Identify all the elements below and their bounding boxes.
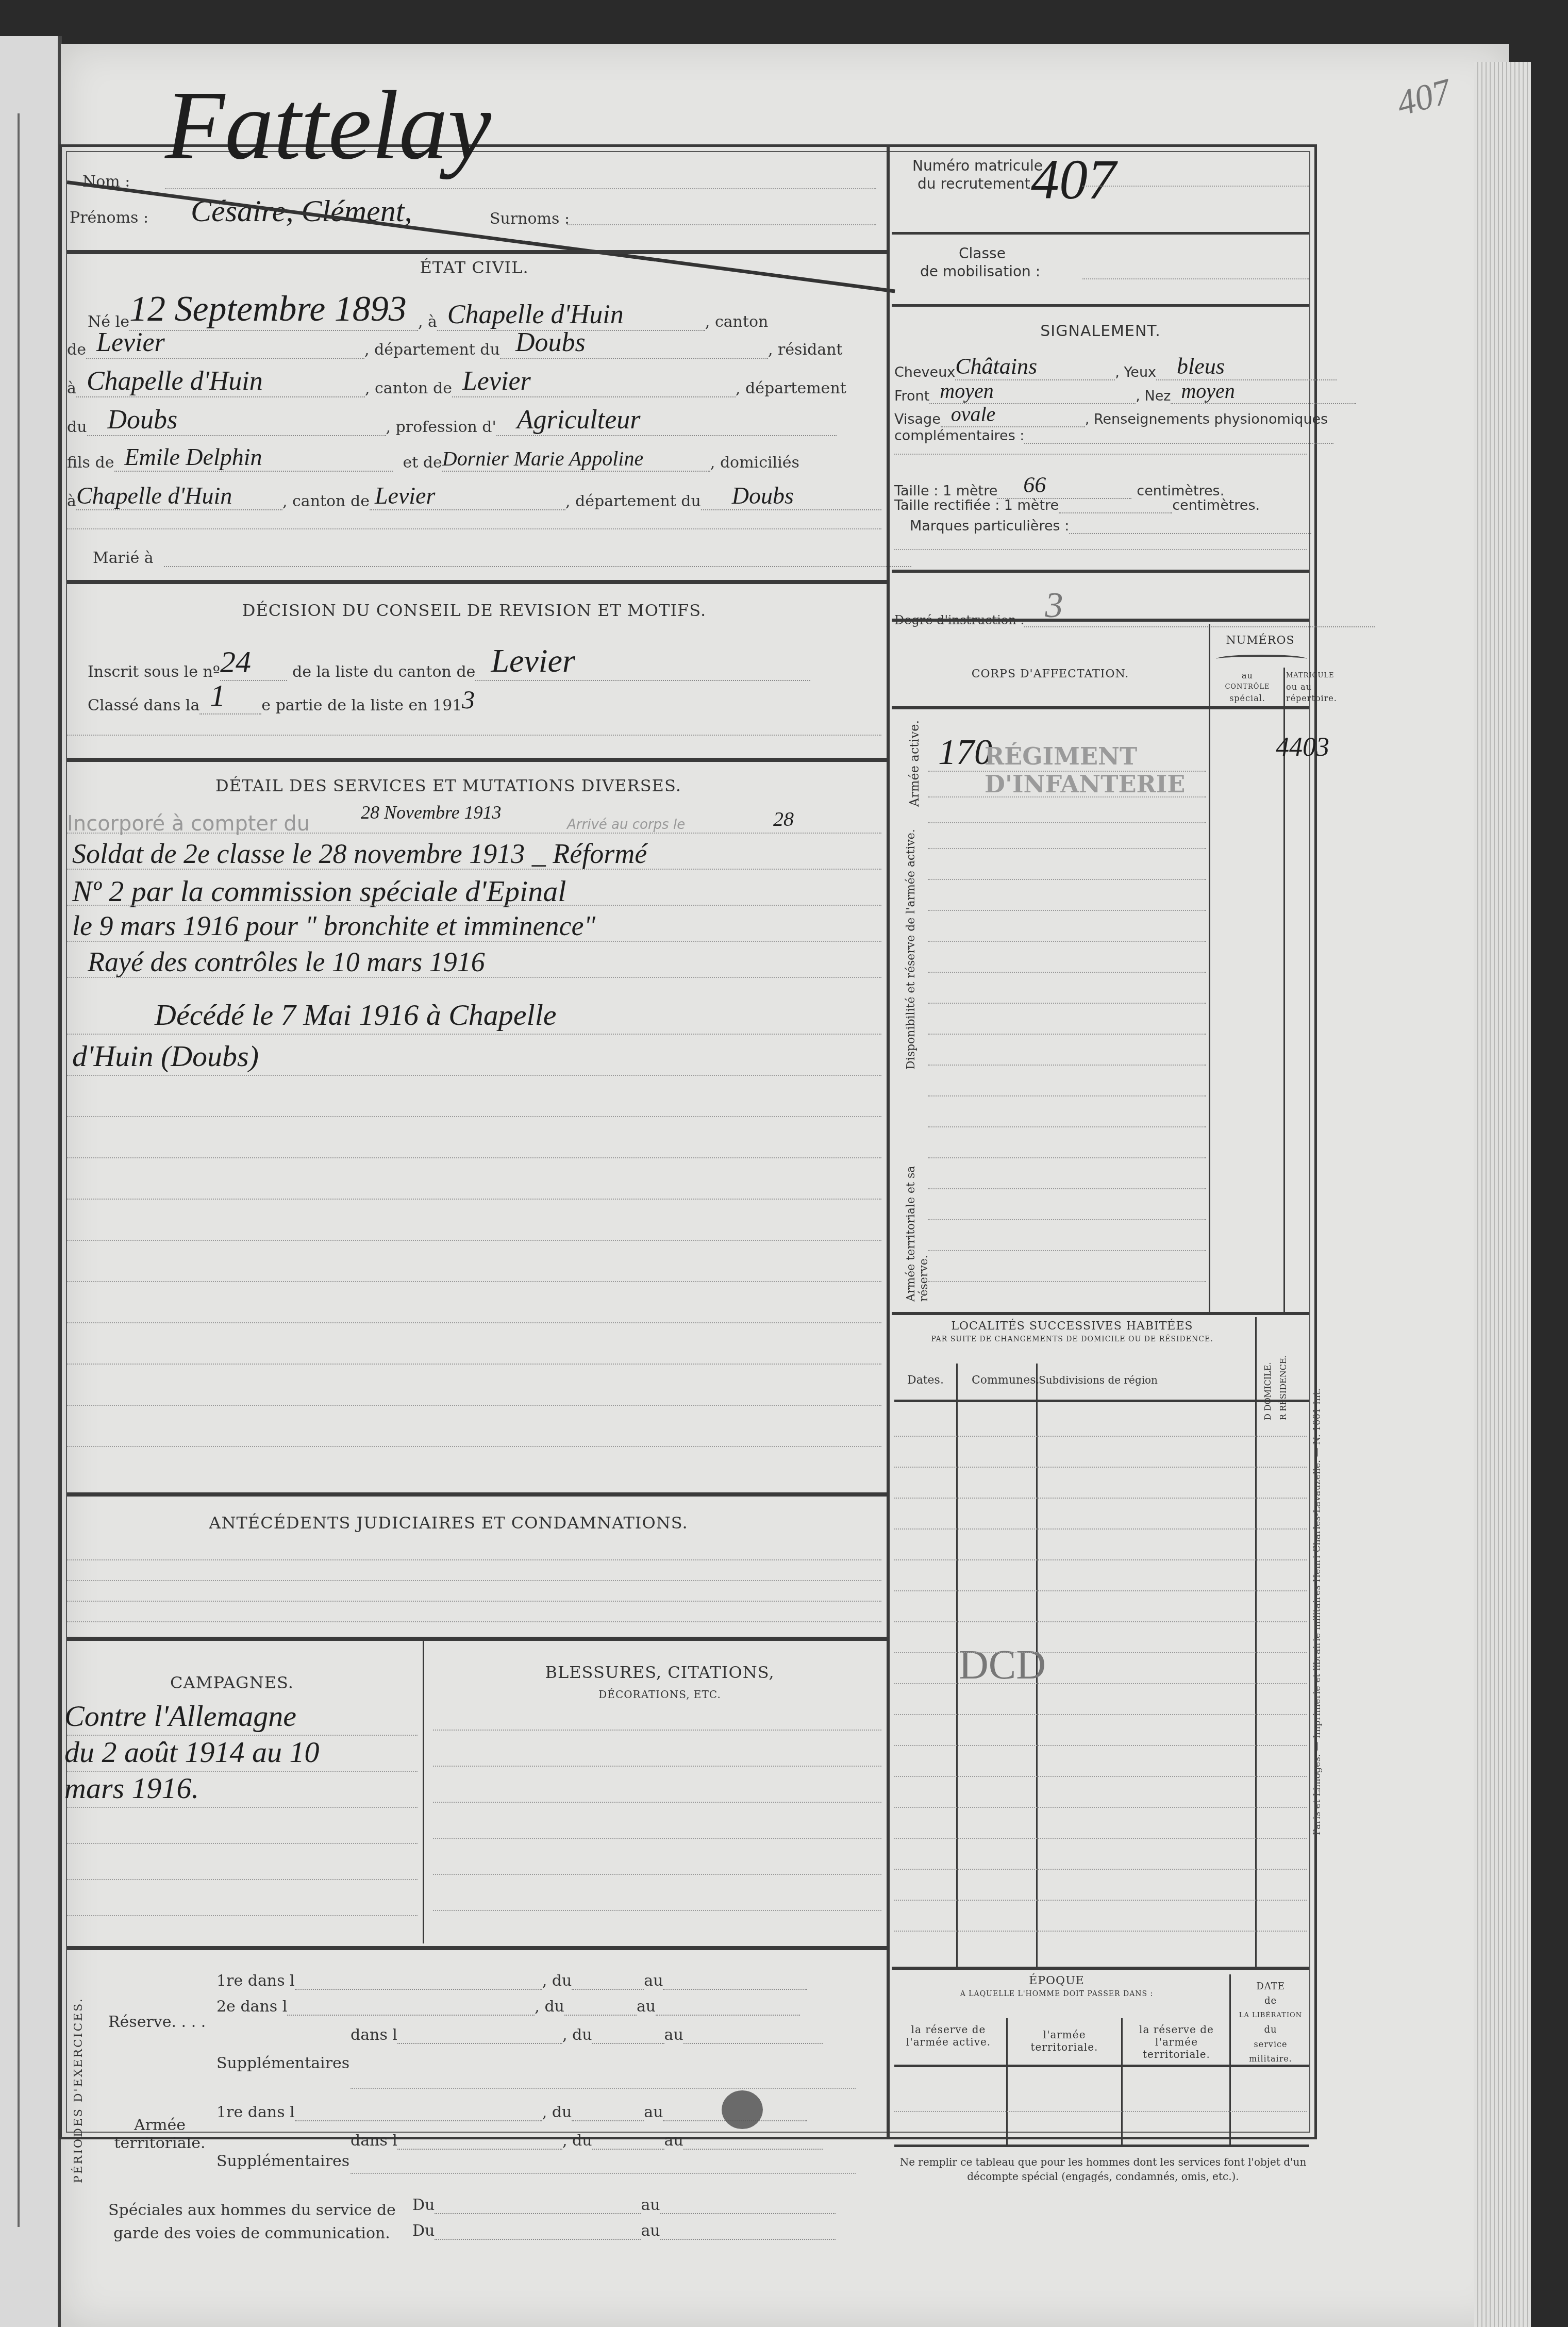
complementaires-line: complémentaires : xyxy=(894,428,1333,444)
speciales-row-1: Du au xyxy=(412,2196,836,2214)
epoque-col-reserve-territoriale: la réserve de l'armée territoriale. xyxy=(1126,2023,1227,2060)
residence: Chapelle d'Huin xyxy=(76,366,365,397)
section-armee-active: Armée active. xyxy=(907,704,922,807)
page-stack-edge xyxy=(1474,62,1531,2327)
residence-canton: Levier xyxy=(452,366,736,397)
speciales-label-1: Spéciales aux hommes du service de xyxy=(108,2201,396,2219)
front-nez-line: Front moyen , Nez moyen xyxy=(894,379,1356,404)
campagne-line-1: Contre l'Allemagne xyxy=(64,1699,296,1733)
dcd-annotation: DCD xyxy=(959,1642,1046,1689)
classe-line: Classé dans la 1 e partie de la liste en… xyxy=(88,678,475,714)
taille-rectifiee-line: Taille rectifiée : 1 mètre centimètres. xyxy=(894,497,1260,513)
marriage-line: Marié à xyxy=(93,549,911,567)
territoriale-label: Armée territoriale. xyxy=(113,2116,206,2152)
service-line-1: Soldat de 2e classe le 28 novembre 1913 … xyxy=(72,838,647,870)
epoque-subtitle: A LAQUELLE L'HOMME DOIT PASSER DANS : xyxy=(892,1990,1222,1998)
territoriale-first: 1re dans l , du au xyxy=(216,2103,807,2121)
reserve-supplementaires-label: Supplémentaires xyxy=(216,2054,349,2072)
residence-line: à Chapelle d'Huin , canton de Levier , d… xyxy=(67,366,846,397)
service-line-6: d'Huin (Doubs) xyxy=(72,1039,259,1073)
service-line-2: Nº 2 par la commission spéciale d'Epinal xyxy=(72,874,566,908)
surnoms-label: Surnoms : xyxy=(490,210,570,228)
taille-value: 66 xyxy=(997,472,1131,499)
parents-domicile: Chapelle d'Huin xyxy=(76,482,282,510)
territoriale-supplementaires-label: Supplémentaires xyxy=(216,2152,349,2170)
mother-name: Dornier Marie Appoline xyxy=(442,446,710,472)
blessures-subtitle: DÉCORATIONS, ETC. xyxy=(433,1688,887,1701)
col-controle-header: au CONTRÔLE spécial. xyxy=(1211,670,1283,704)
father-name: Emile Delphin xyxy=(114,443,393,472)
legend-domicile: D DOMICILE. xyxy=(1263,1362,1273,1420)
section-disponibilite: Disponibilité et réserve de l'armée acti… xyxy=(905,822,918,1070)
military-register-form: Fattelay Nom : Prénoms : Césaire, Clémen… xyxy=(59,144,1317,2139)
col-communes: Communes. xyxy=(972,1374,1039,1387)
profession: Agriculteur xyxy=(496,405,837,436)
prenoms-label: Prénoms : xyxy=(70,209,148,227)
corps-stamp: RÉGIMENT D'INFANTERIE xyxy=(985,742,1314,798)
visage-line: Visage ovale , Renseignements physionomi… xyxy=(894,402,1328,427)
profession-line: du Doubs , profession d' Agriculteur xyxy=(67,405,837,436)
signalement-title: SIGNALEMENT. xyxy=(892,322,1309,340)
surname-value: Fattelay xyxy=(165,70,491,182)
partie-number: 1 xyxy=(199,678,261,714)
epoque-col-territoriale: l'armée territoriale. xyxy=(1013,2029,1116,2053)
nez-value: moyen xyxy=(1171,379,1356,404)
speciales-row-2: Du au xyxy=(412,2222,836,2240)
territoriale-supplementaires: dans l , du au xyxy=(351,2132,823,2150)
epoque-col-reserve-active: la réserve de l'armée active. xyxy=(897,2023,1000,2048)
epoque-note: Ne remplir ce tableau que pour les homme… xyxy=(899,2155,1307,2184)
conseil-revision-title: DÉCISION DU CONSEIL DE REVISION ET MOTIF… xyxy=(113,601,835,620)
reserve-first: 1re dans l , du au xyxy=(216,1972,807,1990)
canton-line: de Levier , département du Doubs , résid… xyxy=(67,327,843,359)
col-dates: Dates. xyxy=(907,1374,944,1387)
birth-departement: Doubs xyxy=(500,327,768,359)
numeros-header: NUMÉROS xyxy=(1211,634,1309,647)
legend-residence: R RÉSIDENCE. xyxy=(1278,1355,1288,1420)
epoque-title: ÉPOQUE xyxy=(892,1974,1222,1987)
inscrit-line: Inscrit sous le nº 24 de la liste du can… xyxy=(88,642,810,681)
reserve-supplementaires: dans l , du au xyxy=(351,2026,823,2044)
periodes-vertical-title: PÉRIODES D'EXERCICES. xyxy=(72,1997,85,2183)
stamp-arrive: Arrivé au corps le xyxy=(567,817,685,833)
birth-canton: Levier xyxy=(86,327,364,359)
matricule-label-1: Numéro matricule xyxy=(912,157,1043,174)
ink-blot xyxy=(722,2090,763,2129)
yeux-value: bleus xyxy=(1156,353,1337,380)
service-line-5: Décédé le 7 Mai 1916 à Chapelle xyxy=(155,998,557,1032)
reserve-label: Réserve. . . . xyxy=(108,2013,206,2031)
campagne-line-2: du 2 août 1914 au 10 xyxy=(64,1735,320,1769)
localites-title: LOCALITÉS SUCCESSIVES HABITÉES xyxy=(892,1320,1253,1333)
previous-page-edge xyxy=(0,36,62,2327)
cheveux-yeux-line: Cheveux Châtains , Yeux bleus xyxy=(894,353,1337,380)
birth-date: 12 Septembre 1893 xyxy=(129,289,418,331)
campagnes-title: CAMPAGNES. xyxy=(129,1673,335,1692)
corps-matricule: 4403 xyxy=(1276,732,1329,762)
cheveux-value: Châtains xyxy=(955,353,1115,380)
section-territoriale: Armée territoriale et sa réserve. xyxy=(905,1121,930,1302)
front-value: moyen xyxy=(929,379,1136,404)
service-line-3: le 9 mars 1916 pour " bronchite et immin… xyxy=(72,910,595,942)
matricule-value: 407 xyxy=(1031,147,1116,212)
numeros-brace xyxy=(1216,655,1307,663)
campagne-line-3: mars 1916. xyxy=(64,1771,199,1805)
birth-place: Chapelle d'Huin xyxy=(437,300,705,331)
classe-mobilisation-label-2: de mobilisation : xyxy=(920,263,1040,280)
services-title: DÉTAIL DES SERVICES ET MUTATIONS DIVERSE… xyxy=(139,776,758,795)
incorpore-date: 28 Novembre 1913 xyxy=(361,802,502,823)
parents-departement: Doubs xyxy=(701,482,881,510)
inscrit-number: 24 xyxy=(220,644,287,681)
parents-domicile-line: à Chapelle d'Huin , canton de Levier , d… xyxy=(67,482,881,510)
parents-line: fils de Emile Delphin et de Dornier Mari… xyxy=(67,443,799,472)
service-line-4: Rayé des contrôles le 10 mars 1916 xyxy=(88,946,485,978)
taille-line: Taille : 1 mètre 66 centimètres. xyxy=(894,472,1224,499)
antecedents-title: ANTÉCÉDENTS JUDICIAIRES ET CONDAMNATIONS… xyxy=(139,1513,758,1533)
printer-imprint: Paris et Limoges. — Imprimerie et librai… xyxy=(1312,1388,1323,1835)
corps-affectation-header: CORPS D'AFFECTATION. xyxy=(892,668,1209,680)
marriage-value xyxy=(164,551,911,567)
arrive-date: 28 xyxy=(773,807,794,831)
blessures-title: BLESSURES, CITATIONS, xyxy=(433,1663,887,1682)
col-subdivisions: Subdivisions de région xyxy=(1039,1374,1158,1386)
speciales-label-2: garde des voies de communication. xyxy=(113,2224,390,2242)
liberation-header: DATE de LA LIBÉRATION du service militai… xyxy=(1232,1980,1309,2066)
reserve-second: 2e dans l , du au xyxy=(216,1998,800,2016)
classe-mobilisation-label-1: Classe xyxy=(959,245,1006,262)
classe-year-suffix: 3 xyxy=(462,685,475,714)
visage-value: ovale xyxy=(941,402,1085,427)
col-matricule-header: MATRICULE ou au répertoire. xyxy=(1286,670,1312,704)
etat-civil-title: ÉTAT CIVIL. xyxy=(371,258,577,277)
birth-line: Né le 12 Septembre 1893 , à Chapelle d'H… xyxy=(88,289,768,331)
inscrit-canton: Levier xyxy=(475,642,810,681)
marques-line: Marques particulières : xyxy=(910,518,1311,534)
localites-subtitle: PAR SUITE DE CHANGEMENTS DE DOMICILE OU … xyxy=(892,1335,1253,1343)
residence-departement: Doubs xyxy=(87,405,386,436)
parents-canton: Levier xyxy=(370,482,565,510)
matricule-label-2: du recrutement : xyxy=(918,175,1040,192)
